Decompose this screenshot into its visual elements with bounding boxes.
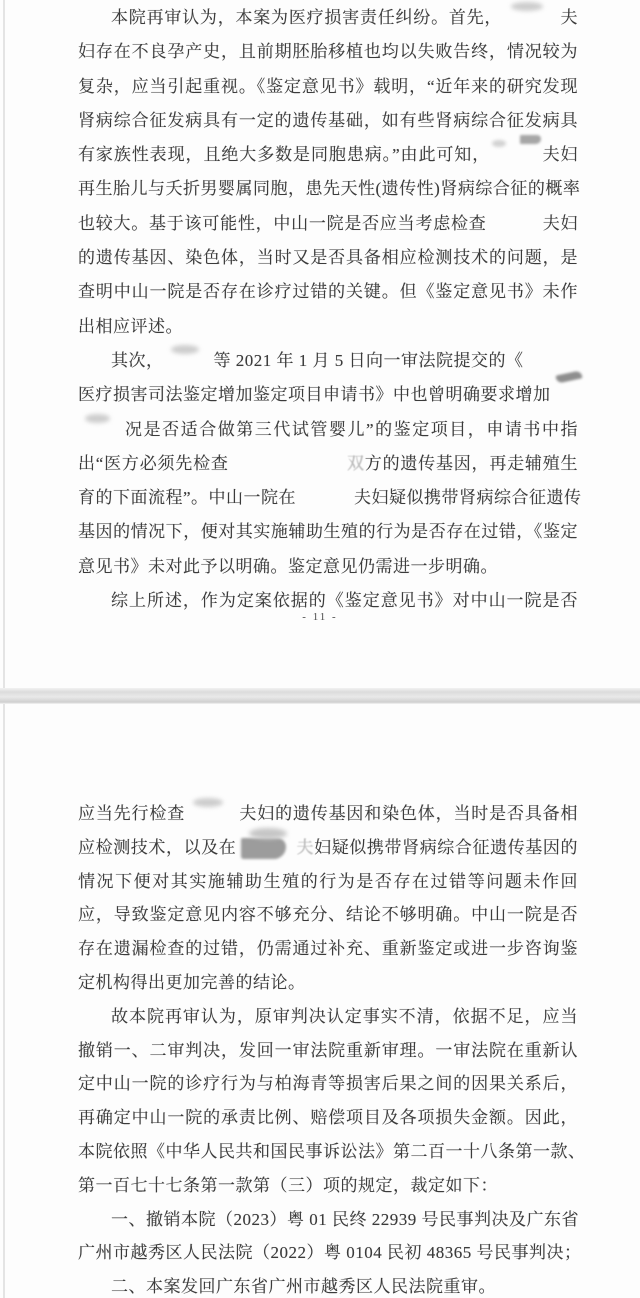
text-segment: 定中山一院的诊疗行为与柏海青等损害后果之间的因果关系后， bbox=[78, 1074, 578, 1093]
text-line: 撤销一、二审判决，发回一审法院重新审理。一审法院在重新认 bbox=[78, 1034, 578, 1068]
text-segment: 出“医方必须先检查 bbox=[78, 454, 229, 473]
text-line: 广州市越秀区人民法院（2022）粤 0104 民初 48365 号民事判决； bbox=[78, 1236, 578, 1270]
redaction-mark bbox=[502, 11, 560, 23]
text-line: 二、本案发回广东省广州市越秀区人民法院重审。 bbox=[78, 1270, 578, 1298]
text-line: 的遗传基因、染色体，当时又是否具备相应检测技术的问题，是 bbox=[78, 241, 578, 275]
text-segment: 意见书》未对此予以明确。鉴定意见仍需进一步明确。 bbox=[78, 557, 498, 576]
redaction-mark bbox=[78, 423, 124, 435]
text-line: 本院依照《中华人民共和国民事诉讼法》第二百一十八条第一款、 bbox=[78, 1135, 578, 1169]
text-segment: 肾病综合征发病具有一定的遗传基础，如有些肾病综合征发病具 bbox=[78, 111, 578, 130]
text-segment: 等 2021 年 1 月 5 日向一审法院提交的《 bbox=[214, 351, 524, 370]
text-segment: 第一百七十七条第一款第（三）项的规定，裁定如下： bbox=[78, 1176, 498, 1195]
text-segment: 有家族性表现，且绝大多数是同胞患病。”由此可知， bbox=[78, 145, 490, 164]
text-line: 再确定中山一院的承责比例、赔偿项目及各项损失金额。因此， bbox=[78, 1101, 578, 1135]
text-line: 育的下面流程”。中山一院在夫妇疑似携带肾病综合征遗传 bbox=[78, 481, 578, 515]
text-line: 出“医方必须先检查双方的遗传基因，再走辅殖生 bbox=[78, 447, 578, 481]
text-segment: 医疗损害司法鉴定增加鉴定项目申请书》中也曾明确要求增加 bbox=[78, 385, 551, 404]
text-line: 一、撤销本院（2023）粤 01 民终 22939 号民事判决及广东省 bbox=[78, 1203, 578, 1237]
text-line: 情况下便对其实施辅助生殖的行为是否存在过错等问题未作回 bbox=[78, 865, 578, 899]
redaction-mark bbox=[185, 807, 239, 819]
text-segment: 撤销一、二审判决，发回一审法院重新审理。一审法院在重新认 bbox=[78, 1041, 578, 1060]
text-segment: 夫妇疑似携带肾病综合征遗传 bbox=[354, 488, 582, 507]
text-line: 肾病综合征发病具有一定的遗传基础，如有些肾病综合征发病具 bbox=[78, 104, 578, 138]
text-segment: 本院依照《中华人民共和国民事诉讼法》第二百一十八条第一款、 bbox=[78, 1142, 586, 1161]
text-segment: 应，导致鉴定意见内容不够充分、结论不够明确。中山一院是否 bbox=[78, 905, 578, 924]
redaction-mark bbox=[164, 354, 214, 366]
text-segment: 应当先行检查 bbox=[78, 804, 185, 823]
text-line: 定机构得出更加完善的结论。 bbox=[78, 966, 578, 1000]
document-page-2: 应当先行检查夫妇的遗传基因和染色体，当时是否具备相应检测技术，以及在夫妇疑似携带… bbox=[0, 704, 640, 1298]
redaction-mark bbox=[229, 457, 347, 469]
text-line: 查明中山一院是否存在诊疗过错的关键。但《鉴定意见书》未作 bbox=[78, 275, 578, 309]
redaction-mark bbox=[551, 388, 585, 400]
text-segment: 再确定中山一院的承责比例、赔偿项目及各项损失金额。因此， bbox=[78, 1108, 578, 1127]
text-segment: 应检测技术，以及在 bbox=[78, 838, 236, 857]
text-line: 复杂，应当引起重视。《鉴定意见书》载明，“近年来的研究发现 bbox=[78, 70, 578, 104]
text-segment: 夫 bbox=[296, 838, 314, 857]
text-line: 其次，等 2021 年 1 月 5 日向一审法院提交的《 bbox=[78, 344, 578, 378]
text-segment: 育的下面流程”。中山一院在 bbox=[78, 488, 296, 507]
text-line: 应检测技术，以及在夫妇疑似携带肾病综合征遗传基因的 bbox=[78, 831, 578, 865]
text-segment: 妇存在不良孕产史，且前期胚胎移植也均以失败告终，情况较为 bbox=[78, 42, 578, 61]
text-line: 意见书》未对此予以明确。鉴定意见仍需进一步明确。 bbox=[78, 550, 578, 584]
text-segment: 综上所述，作为定案依据的《鉴定意见书》对中山一院是否 bbox=[111, 591, 578, 610]
text-line: 存在遗漏检查的过错，仍需通过补充、重新鉴定或进一步咨询鉴 bbox=[78, 932, 578, 966]
text-segment: 夫 bbox=[560, 8, 578, 27]
text-segment: 情况下便对其实施辅助生殖的行为是否存在过错等问题未作回 bbox=[78, 872, 578, 891]
text-segment: 其次， bbox=[111, 351, 164, 370]
text-segment: 夫妇的遗传基因和染色体，当时是否具备相 bbox=[239, 804, 578, 823]
text-segment: 本院再审认为，本案为医疗损害责任纠纷。首先， bbox=[111, 8, 502, 27]
text-segment: 基因的情况下，便对其实施辅助生殖的行为是否存在过错，《鉴定 bbox=[78, 522, 578, 541]
text-segment: 况是否适合做第三代试管婴儿”的鉴定项目，申请书中指 bbox=[124, 420, 578, 439]
text-segment: 也较大。基于该可能性，中山一院是否应当考虑检查 bbox=[78, 214, 486, 233]
text-line: 有家族性表现，且绝大多数是同胞患病。”由此可知，夫妇 bbox=[78, 138, 578, 172]
text-segment: 妇疑似携带肾病综合征遗传基因的 bbox=[314, 838, 578, 857]
text-segment: 夫妇 bbox=[542, 145, 578, 164]
text-line: 故本院再审认为，原审判决认定事实不清，依据不足，应当 bbox=[78, 1000, 578, 1034]
page-divider bbox=[0, 688, 640, 704]
text-line: 第一百七十七条第一款第（三）项的规定，裁定如下： bbox=[78, 1169, 578, 1203]
text-segment: 的遗传基因、染色体，当时又是否具备相应检测技术的问题，是 bbox=[78, 248, 578, 267]
text-segment: 故本院再审认为，原审判决认定事实不清，依据不足，应当 bbox=[111, 1007, 578, 1026]
text-line: 况是否适合做第三代试管婴儿”的鉴定项目，申请书中指 bbox=[78, 413, 578, 447]
page2-text: 应当先行检查夫妇的遗传基因和染色体，当时是否具备相应检测技术，以及在夫妇疑似携带… bbox=[78, 797, 578, 1298]
text-segment: 广州市越秀区人民法院（2022）粤 0104 民初 48365 号民事判决； bbox=[78, 1243, 582, 1262]
text-line: 出相应评述。 bbox=[78, 310, 578, 344]
redaction-mark bbox=[236, 841, 296, 853]
page1-text: 本院再审认为，本案为医疗损害责任纠纷。首先，夫妇存在不良孕产史，且前期胚胎移植也… bbox=[78, 1, 578, 618]
text-segment: 方的遗传基因，再走辅殖生 bbox=[365, 454, 578, 473]
redaction-mark bbox=[296, 491, 354, 503]
text-segment: 查明中山一院是否存在诊疗过错的关键。但《鉴定意见书》未作 bbox=[78, 282, 578, 301]
text-segment: 存在遗漏检查的过错，仍需通过补充、重新鉴定或进一步咨询鉴 bbox=[78, 939, 578, 958]
text-segment: 一、撤销本院（2023）粤 01 民终 22939 号民事判决及广东省 bbox=[111, 1210, 579, 1229]
text-segment: 出相应评述。 bbox=[78, 317, 183, 336]
text-line: 也较大。基于该可能性，中山一院是否应当考虑检查夫妇 bbox=[78, 207, 578, 241]
text-segment: 双 bbox=[347, 454, 365, 473]
text-line: 应当先行检查夫妇的遗传基因和染色体，当时是否具备相 bbox=[78, 797, 578, 831]
redaction-mark bbox=[490, 148, 542, 160]
text-segment: 定机构得出更加完善的结论。 bbox=[78, 973, 306, 992]
text-line: 医疗损害司法鉴定增加鉴定项目申请书》中也曾明确要求增加 bbox=[78, 378, 578, 412]
text-line: 基因的情况下，便对其实施辅助生殖的行为是否存在过错，《鉴定 bbox=[78, 515, 578, 549]
text-segment: 再生胎儿与夭折男婴属同胞，患先天性(遗传性)肾病综合征的概率 bbox=[78, 179, 580, 198]
text-line: 再生胎儿与夭折男婴属同胞，患先天性(遗传性)肾病综合征的概率 bbox=[78, 172, 578, 206]
text-line: 应，导致鉴定意见内容不够充分、结论不够明确。中山一院是否 bbox=[78, 898, 578, 932]
text-line: 定中山一院的诊疗行为与柏海青等损害后果之间的因果关系后， bbox=[78, 1067, 578, 1101]
page-number: - 11 - bbox=[0, 611, 640, 623]
text-line: 妇存在不良孕产史，且前期胚胎移植也均以失败告终，情况较为 bbox=[78, 35, 578, 69]
document-page-1: 本院再审认为，本案为医疗损害责任纠纷。首先，夫妇存在不良孕产史，且前期胚胎移植也… bbox=[0, 0, 640, 688]
redaction-mark bbox=[486, 217, 542, 229]
text-line: 本院再审认为，本案为医疗损害责任纠纷。首先，夫 bbox=[78, 1, 578, 35]
text-segment: 二、本案发回广东省广州市越秀区人民法院重审。 bbox=[111, 1277, 496, 1296]
text-segment: 夫妇 bbox=[542, 214, 578, 233]
text-segment: 复杂，应当引起重视。《鉴定意见书》载明，“近年来的研究发现 bbox=[78, 77, 578, 96]
